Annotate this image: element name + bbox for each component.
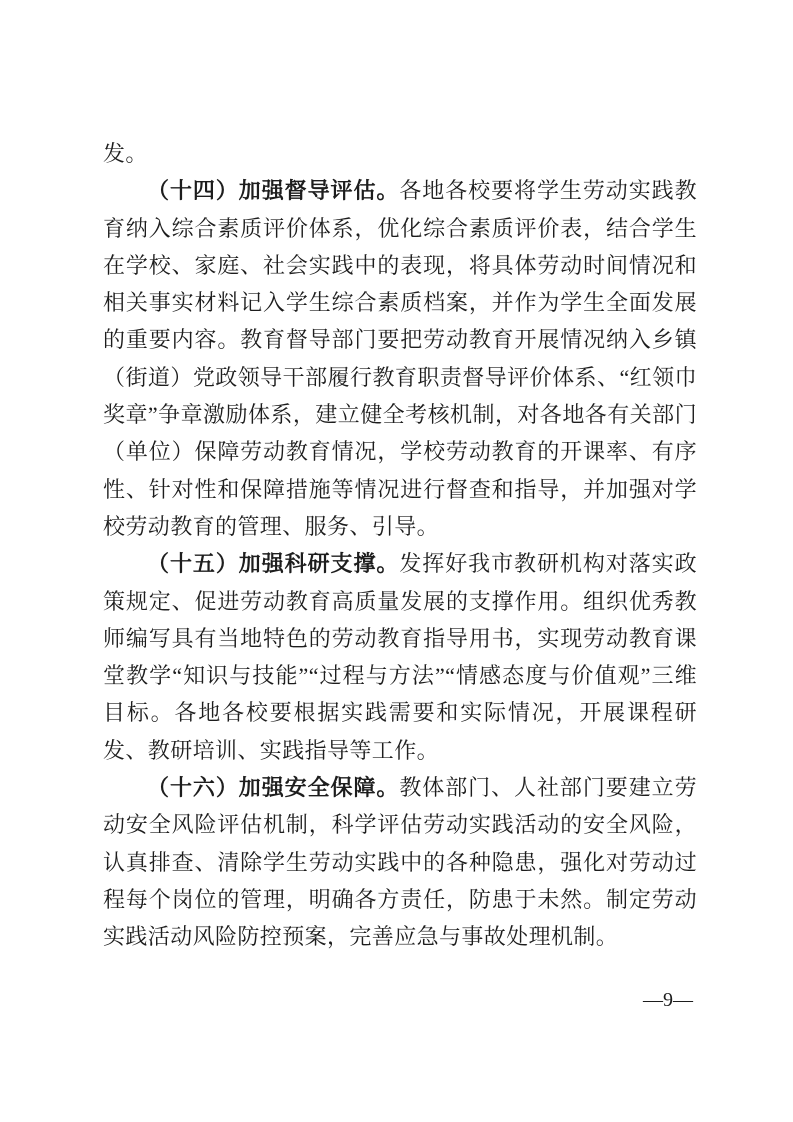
- paragraph-text: 发挥好我市教研机构对落实政策规定、促进劳动教育高质量发展的支撑作用。组织优秀教师…: [103, 551, 697, 762]
- page-number: —9—: [643, 988, 693, 1012]
- paragraph-text: 发。: [103, 141, 148, 166]
- paragraph-item-15: （十五）加强科研支撑。发挥好我市教研机构对落实政策规定、促进劳动教育高质量发展的…: [103, 545, 697, 769]
- paragraph-item-14: （十四）加强督导评估。各地各校要将学生劳动实践教育纳入综合素质评价体系，优化综合…: [103, 172, 697, 545]
- document-page: 发。 （十四）加强督导评估。各地各校要将学生劳动实践教育纳入综合素质评价体系，优…: [0, 0, 793, 1122]
- paragraph-text: 各地各校要将学生劳动实践教育纳入综合素质评价体系，优化综合素质评价表，结合学生在…: [103, 178, 697, 539]
- paragraph-item-16: （十六）加强安全保障。教体部门、人社部门要建立劳动安全风险评估机制，科学评估劳动…: [103, 769, 697, 955]
- document-body: 发。 （十四）加强督导评估。各地各校要将学生劳动实践教育纳入综合素质评价体系，优…: [103, 135, 697, 956]
- paragraph-heading: （十六）加强安全保障。: [147, 775, 399, 800]
- paragraph-heading: （十四）加强督导评估。: [147, 178, 399, 203]
- paragraph-heading: （十五）加强科研支撑。: [147, 551, 399, 576]
- paragraph-continuation: 发。: [103, 135, 697, 172]
- paragraph-text: 教体部门、人社部门要建立劳动安全风险评估机制，科学评估劳动实践活动的安全风险，认…: [103, 775, 697, 949]
